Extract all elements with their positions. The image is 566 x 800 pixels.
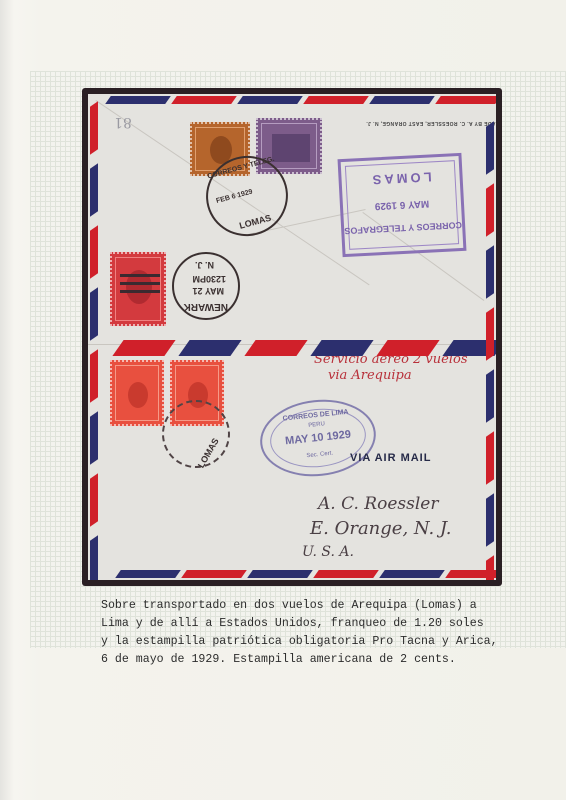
- caption-line: y la estampilla patriótica obligatoria P…: [101, 633, 501, 651]
- airmail-stripe: [486, 555, 494, 580]
- airmail-stripe: [105, 96, 171, 104]
- address-country: U. S. A.: [302, 544, 354, 560]
- airmail-stripe: [90, 349, 98, 403]
- airmail-envelope: 81 MADE BY A. C. ROESSLER, EAST ORANGE, …: [82, 88, 502, 586]
- postmark-lomas-box: LOMAS MAY 6 1929 CORREOS Y TELEGRAFOS: [338, 153, 467, 257]
- airmail-stripe: [303, 96, 369, 104]
- airmail-stripe: [379, 570, 445, 578]
- address-name: A. C. Roessler: [318, 494, 438, 514]
- address-city: E. Orange, N. J.: [310, 518, 451, 539]
- airmail-stripe: [486, 307, 494, 361]
- airmail-stripe: [90, 287, 98, 341]
- caption-line: 6 de mayo de 1929. Estampilla americana …: [101, 651, 501, 669]
- airmail-stripe: [486, 183, 494, 237]
- stamp-us-2c: [110, 252, 166, 326]
- airmail-stripe: [90, 535, 98, 580]
- airmail-stripe: [369, 96, 435, 104]
- envelope-face: 81 MADE BY A. C. ROESSLER, EAST ORANGE, …: [88, 94, 496, 580]
- airmail-stripe: [237, 96, 303, 104]
- airmail-stripe: [486, 431, 494, 485]
- airmail-stripe: [486, 493, 494, 547]
- routing-note-line2: via Arequipa: [328, 368, 412, 383]
- airmail-stripe: [247, 570, 313, 578]
- airmail-stripe: [90, 411, 98, 465]
- airmail-stripe-midfold: [244, 340, 307, 356]
- airmail-stripe: [90, 473, 98, 527]
- airmail-stripe: [435, 96, 496, 104]
- airmail-stripe: [171, 96, 237, 104]
- postmark-lima-oval: CORREOS DE LIMA PERU MAY 10 1929 Sec. Ce…: [256, 394, 379, 482]
- caption-line: Lima y de allí a Estados Unidos, franque…: [101, 615, 501, 633]
- maker-imprint: MADE BY A. C. ROESSLER, EAST ORANGE, N. …: [366, 120, 496, 126]
- airmail-stripe: [90, 101, 98, 155]
- airmail-stripe: [181, 570, 247, 578]
- via-air-mail-label: VIA AIR MAIL: [350, 452, 431, 464]
- postmark-lomas-bottom: LOMAS: [162, 400, 230, 468]
- airmail-stripe: [486, 245, 494, 299]
- airmail-stripe: [486, 121, 494, 175]
- airmail-stripe-midfold: [112, 340, 175, 356]
- caption-line: Sobre transportado en dos vuelos de Areq…: [101, 597, 501, 615]
- airmail-stripe: [115, 570, 181, 578]
- airmail-stripe-midfold: [178, 340, 241, 356]
- stamp-peru-red-left: [110, 360, 164, 426]
- postmark-newark: NEWARK MAY 21 1230PM N. J.: [172, 252, 240, 320]
- caption: Sobre transportado en dos vuelos de Areq…: [101, 597, 501, 669]
- airmail-stripe: [90, 163, 98, 217]
- airmail-stripe: [313, 570, 379, 578]
- airmail-stripe: [90, 225, 98, 279]
- pencil-number: 81: [114, 114, 132, 130]
- airmail-stripe: [486, 369, 494, 423]
